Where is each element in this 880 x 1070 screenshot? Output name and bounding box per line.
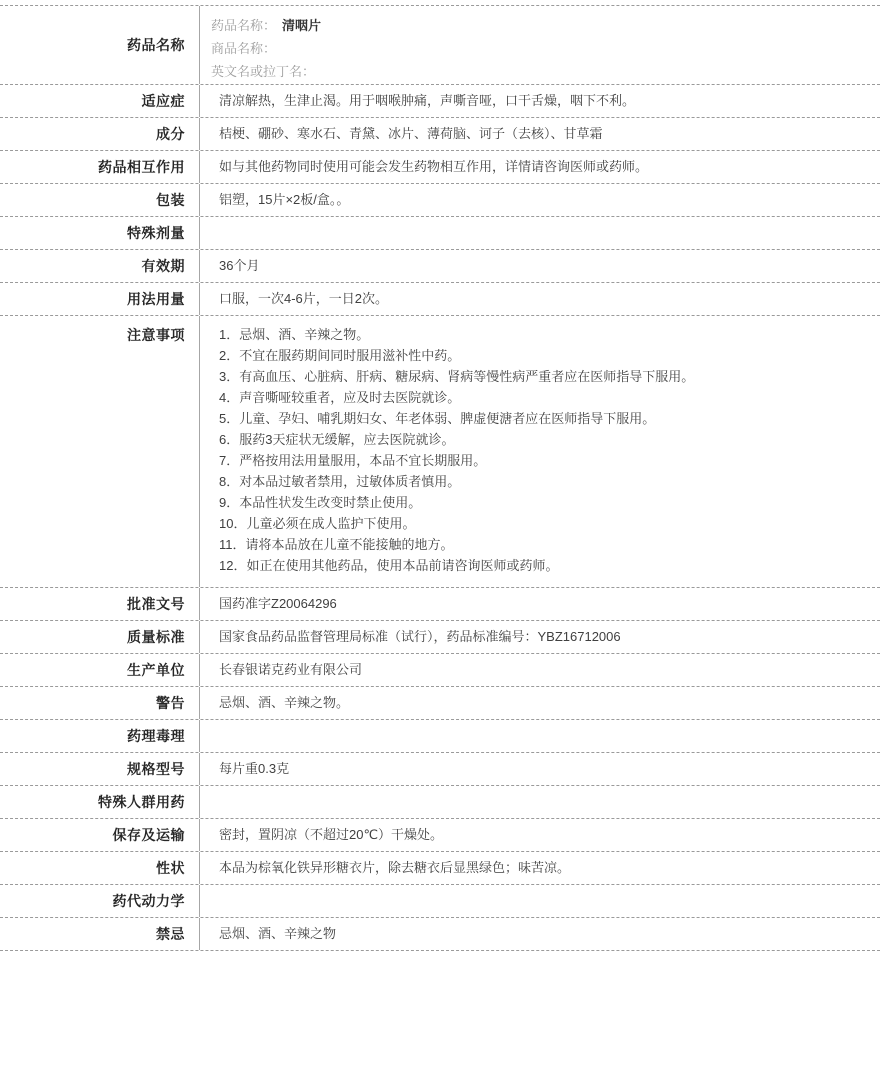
row-drug-interactions: 药品相互作用 如与其他药物同时使用可能会发生药物相互作用，详情请咨询医师或药师。 xyxy=(0,151,880,184)
row-label-special-dosage: 特殊剂量 xyxy=(0,217,200,249)
row-packaging: 包装 铝塑，15片×2板/盒。。 xyxy=(0,184,880,217)
row-value-indications: 清凉解热，生津止渴。用于咽喉肿痛，声嘶音哑，口干舌燥，咽下不利。 xyxy=(200,85,880,117)
precaution-item: 4．声音嘶哑较重者，应及时去医院就诊。 xyxy=(219,387,880,408)
precaution-item: 6．服药3天症状无缓解，应去医院就诊。 xyxy=(219,429,880,450)
row-value-special-population xyxy=(200,786,880,818)
generic-name-value: 清咽片 xyxy=(282,18,321,33)
row-value-packaging: 铝塑，15片×2板/盒。。 xyxy=(200,184,880,216)
row-precautions: 注意事项 1．忌烟、酒、辛辣之物。 2．不宜在服药期间同时服用滋补性中药。 3．… xyxy=(0,316,880,588)
row-label-indications: 适应症 xyxy=(0,85,200,117)
row-label-drug-interactions: 药品相互作用 xyxy=(0,151,200,183)
row-special-dosage: 特殊剂量 xyxy=(0,217,880,250)
row-label-drug-name: 药品名称 xyxy=(0,6,200,84)
row-quality-standard: 质量标准 国家食品药品监督管理局标准（试行），药品标准编号：YBZ1671200… xyxy=(0,621,880,654)
row-value-drug-name: 药品名称：清咽片 商品名称： 英文名或拉丁名： xyxy=(200,6,880,84)
trade-name-prefix: 商品名称： xyxy=(211,41,276,56)
row-value-warning: 忌烟、酒、辛辣之物。 xyxy=(200,687,880,719)
row-special-population: 特殊人群用药 xyxy=(0,786,880,819)
generic-name-prefix: 药品名称： xyxy=(211,18,276,33)
row-label-approval-number: 批准文号 xyxy=(0,588,200,620)
row-specification: 规格型号 每片重0.3克 xyxy=(0,753,880,786)
precaution-item: 12．如正在使用其他药品，使用本品前请咨询医师或药师。 xyxy=(219,555,880,576)
row-value-contraindications: 忌烟、酒、辛辣之物 xyxy=(200,918,880,950)
row-value-special-dosage xyxy=(200,217,880,249)
row-label-pharmacology-toxicology: 药理毒理 xyxy=(0,720,200,752)
row-value-precautions: 1．忌烟、酒、辛辣之物。 2．不宜在服药期间同时服用滋补性中药。 3．有高血压、… xyxy=(200,316,880,587)
row-drug-name: 药品名称 药品名称：清咽片 商品名称： 英文名或拉丁名： xyxy=(0,6,880,85)
latin-name-line: 英文名或拉丁名： xyxy=(211,60,880,83)
row-warning: 警告 忌烟、酒、辛辣之物。 xyxy=(0,687,880,720)
row-label-storage-transport: 保存及运输 xyxy=(0,819,200,851)
precaution-item: 8．对本品过敏者禁用，过敏体质者慎用。 xyxy=(219,471,880,492)
precaution-item: 2．不宜在服药期间同时服用滋补性中药。 xyxy=(219,345,880,366)
row-dosage-usage: 用法用量 口服，一次4-6片，一日2次。 xyxy=(0,283,880,316)
row-value-dosage-usage: 口服，一次4-6片，一日2次。 xyxy=(200,283,880,315)
row-pharmacokinetics: 药代动力学 xyxy=(0,885,880,918)
row-value-ingredients: 桔梗、硼砂、寒水石、青黛、冰片、薄荷脑、诃子（去核）、甘草霜 xyxy=(200,118,880,150)
row-label-precautions: 注意事项 xyxy=(0,316,200,587)
row-label-manufacturer: 生产单位 xyxy=(0,654,200,686)
row-pharmacology-toxicology: 药理毒理 xyxy=(0,720,880,753)
row-label-ingredients: 成分 xyxy=(0,118,200,150)
precaution-item: 11．请将本品放在儿童不能接触的地方。 xyxy=(219,534,880,555)
precaution-item: 7．严格按用法用量服用，本品不宜长期服用。 xyxy=(219,450,880,471)
row-storage-transport: 保存及运输 密封，置阴凉（不超过20℃）干燥处。 xyxy=(0,819,880,852)
row-value-drug-interactions: 如与其他药物同时使用可能会发生药物相互作用，详情请咨询医师或药师。 xyxy=(200,151,880,183)
row-label-properties: 性状 xyxy=(0,852,200,884)
trade-name-line: 商品名称： xyxy=(211,37,880,60)
row-value-specification: 每片重0.3克 xyxy=(200,753,880,785)
row-label-dosage-usage: 用法用量 xyxy=(0,283,200,315)
row-label-specification: 规格型号 xyxy=(0,753,200,785)
row-value-storage-transport: 密封，置阴凉（不超过20℃）干燥处。 xyxy=(200,819,880,851)
row-ingredients: 成分 桔梗、硼砂、寒水石、青黛、冰片、薄荷脑、诃子（去核）、甘草霜 xyxy=(0,118,880,151)
precaution-item: 1．忌烟、酒、辛辣之物。 xyxy=(219,324,880,345)
row-label-shelf-life: 有效期 xyxy=(0,250,200,282)
row-value-pharmacology-toxicology xyxy=(200,720,880,752)
row-label-special-population: 特殊人群用药 xyxy=(0,786,200,818)
row-approval-number: 批准文号 国药准字Z20064296 xyxy=(0,588,880,621)
precaution-item: 10．儿童必须在成人监护下使用。 xyxy=(219,513,880,534)
row-value-pharmacokinetics xyxy=(200,885,880,917)
row-value-quality-standard: 国家食品药品监督管理局标准（试行），药品标准编号：YBZ16712006 xyxy=(200,621,880,653)
row-properties: 性状 本品为棕氧化铁异形糖衣片，除去糖衣后显黑绿色；味苦凉。 xyxy=(0,852,880,885)
drug-info-table: 药品名称 药品名称：清咽片 商品名称： 英文名或拉丁名： 适应症 清凉解热，生津… xyxy=(0,5,880,951)
row-value-properties: 本品为棕氧化铁异形糖衣片，除去糖衣后显黑绿色；味苦凉。 xyxy=(200,852,880,884)
precaution-item: 9．本品性状发生改变时禁止使用。 xyxy=(219,492,880,513)
row-value-manufacturer: 长春银诺克药业有限公司 xyxy=(200,654,880,686)
row-label-packaging: 包装 xyxy=(0,184,200,216)
drug-info-page: 药品名称 药品名称：清咽片 商品名称： 英文名或拉丁名： 适应症 清凉解热，生津… xyxy=(0,0,880,1070)
row-shelf-life: 有效期 36个月 xyxy=(0,250,880,283)
generic-name-line: 药品名称：清咽片 xyxy=(211,14,880,37)
row-label-warning: 警告 xyxy=(0,687,200,719)
latin-name-prefix: 英文名或拉丁名： xyxy=(211,64,315,79)
precaution-item: 5．儿童、孕妇、哺乳期妇女、年老体弱、脾虚便溏者应在医师指导下服用。 xyxy=(219,408,880,429)
row-label-pharmacokinetics: 药代动力学 xyxy=(0,885,200,917)
row-label-quality-standard: 质量标准 xyxy=(0,621,200,653)
row-label-contraindications: 禁忌 xyxy=(0,918,200,950)
row-indications: 适应症 清凉解热，生津止渴。用于咽喉肿痛，声嘶音哑，口干舌燥，咽下不利。 xyxy=(0,85,880,118)
row-contraindications: 禁忌 忌烟、酒、辛辣之物 xyxy=(0,918,880,951)
row-value-shelf-life: 36个月 xyxy=(200,250,880,282)
precaution-item: 3．有高血压、心脏病、肝病、糖尿病、肾病等慢性病严重者应在医师指导下服用。 xyxy=(219,366,880,387)
row-value-approval-number: 国药准字Z20064296 xyxy=(200,588,880,620)
row-manufacturer: 生产单位 长春银诺克药业有限公司 xyxy=(0,654,880,687)
